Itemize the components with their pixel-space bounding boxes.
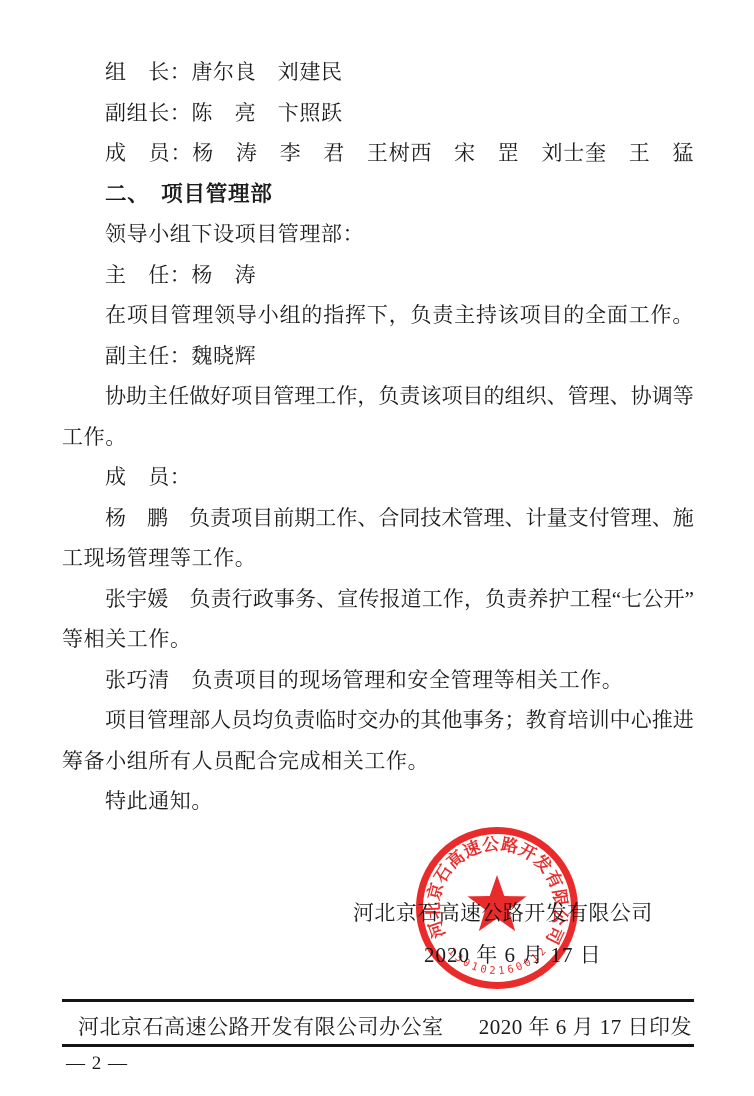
- body-line: 在项目管理领导小组的指挥下，负责主持该项目的全面工作。: [62, 295, 694, 336]
- body-line-text: 特此通知。: [105, 781, 213, 822]
- footer-print-date: 2020 年 6 月 17 日印发: [479, 1011, 692, 1041]
- body-line-text: 在项目管理领导小组的指挥下，负责主持该项目的全面工作。: [105, 295, 694, 336]
- page-number: — 2 —: [66, 1053, 128, 1075]
- body-line-text: 成 员：杨 涛 李 君 王树西 宋 罡 刘士奎 王 猛: [105, 133, 694, 174]
- body-line: 张巧清 负责项目的现场管理和安全管理等相关工作。: [62, 660, 694, 701]
- footer-issuer: 河北京石高速公路开发有限公司办公室: [78, 1011, 444, 1041]
- body-line-text: 组 长：唐尔良 刘建民: [105, 52, 343, 93]
- footer-row: 河北京石高速公路开发有限公司办公室 2020 年 6 月 17 日印发: [62, 1008, 694, 1044]
- body-line: 领导小组下设项目管理部：: [62, 214, 694, 255]
- body-line: 组 长：唐尔良 刘建民: [62, 52, 694, 93]
- body-line: 等相关工作。: [62, 619, 694, 660]
- body-line: 工现场管理等工作。: [62, 538, 694, 579]
- footer-rule-top: [62, 999, 694, 1002]
- body-line-text: 工现场管理等工作。: [62, 538, 256, 579]
- body-line-text: 二、 项目管理部: [105, 174, 273, 215]
- body-line: 特此通知。: [62, 781, 694, 822]
- document-page: 组 长：唐尔良 刘建民副组长：陈 亮 卞照跃成 员：杨 涛 李 君 王树西 宋 …: [0, 0, 754, 1096]
- body-line-text: 等相关工作。: [62, 619, 192, 660]
- body-line-text: 张巧清 负责项目的现场管理和安全管理等相关工作。: [105, 660, 623, 701]
- body-line-text: 筹备小组所有人员配合完成相关工作。: [62, 741, 429, 782]
- body-line-text: 领导小组下设项目管理部：: [105, 214, 364, 255]
- body-line: 副组长：陈 亮 卞照跃: [62, 93, 694, 134]
- company-seal-stamp: 河北京石高速公路开发有限公司 1301021600123: [411, 822, 583, 994]
- body-line: 张宇媛 负责行政事务、宣传报道工作，负责养护工程“七公开”: [62, 579, 694, 620]
- body-line: 杨 鹏 负责项目前期工作、合同技术管理、计量支付管理、施: [62, 498, 694, 539]
- body-line-text: 张宇媛 负责行政事务、宣传报道工作，负责养护工程“七公开”: [105, 579, 694, 620]
- star-icon: [468, 875, 527, 931]
- body-line-text: 项目管理部人员均负责临时交办的其他事务；教育培训中心推进: [105, 700, 694, 741]
- document-body: 组 长：唐尔良 刘建民副组长：陈 亮 卞照跃成 员：杨 涛 李 君 王树西 宋 …: [62, 52, 694, 822]
- body-line: 副主任：魏晓辉: [62, 336, 694, 377]
- body-line: 工作。: [62, 417, 694, 458]
- footer-rule-bottom: [62, 1044, 694, 1047]
- body-line-text: 协助主任做好项目管理工作，负责该项目的组织、管理、协调等: [105, 376, 694, 417]
- body-line: 成 员：: [62, 457, 694, 498]
- body-line: 项目管理部人员均负责临时交办的其他事务；教育培训中心推进: [62, 700, 694, 741]
- body-line-text: 杨 鹏 负责项目前期工作、合同技术管理、计量支付管理、施: [105, 498, 694, 539]
- body-line-text: 副主任：魏晓辉: [105, 336, 256, 377]
- body-line-text: 主 任：杨 涛: [105, 255, 256, 296]
- body-line-text: 副组长：陈 亮 卞照跃: [105, 93, 343, 134]
- section-heading: 二、 项目管理部: [62, 174, 694, 215]
- body-line-text: 成 员：: [105, 457, 191, 498]
- body-line: 成 员：杨 涛 李 君 王树西 宋 罡 刘士奎 王 猛: [62, 133, 694, 174]
- body-line-text: 工作。: [62, 417, 127, 458]
- body-line: 协助主任做好项目管理工作，负责该项目的组织、管理、协调等: [62, 376, 694, 417]
- body-line: 筹备小组所有人员配合完成相关工作。: [62, 741, 694, 782]
- body-line: 主 任：杨 涛: [62, 255, 694, 296]
